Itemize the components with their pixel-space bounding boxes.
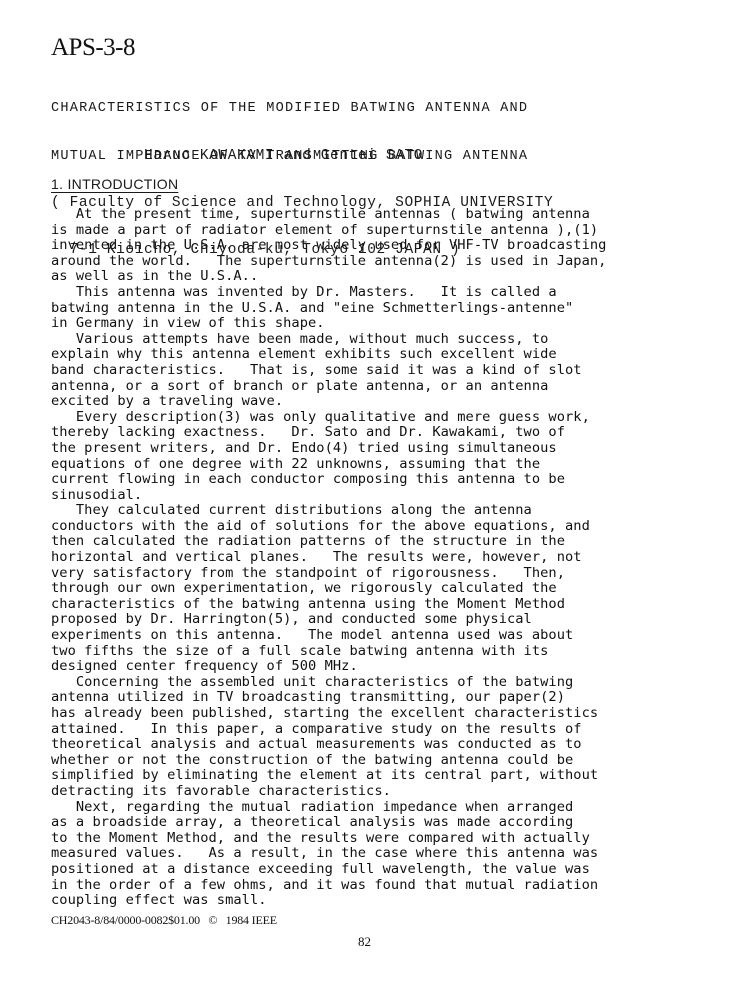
body-line: through our own experimentation, we rigo… bbox=[51, 581, 741, 597]
body-line: explain why this antenna element exhibit… bbox=[51, 347, 741, 363]
body-line: around the world. The superturnstile ant… bbox=[51, 254, 741, 270]
body-line: Various attempts have been made, without… bbox=[51, 332, 741, 348]
body-line: Next, regarding the mutual radiation imp… bbox=[51, 800, 741, 816]
paper-page: APS-3-8 CHARACTERISTICS OF THE MODIFIED … bbox=[0, 0, 755, 1000]
title-line: CHARACTERISTICS OF THE MODIFIED BATWING … bbox=[51, 101, 528, 117]
body-line: invented in the U.S.A. are most widely u… bbox=[51, 238, 741, 254]
body-line: whether or not the construction of the b… bbox=[51, 753, 741, 769]
body-line: theoretical analysis and actual measurem… bbox=[51, 737, 741, 753]
body-line: in Germany in view of this shape. bbox=[51, 316, 741, 332]
body-line: detracting its favorable characteristics… bbox=[51, 784, 741, 800]
body-line: proposed by Dr. Harrington(5), and condu… bbox=[51, 612, 741, 628]
body-line: horizontal and vertical planes. The resu… bbox=[51, 550, 741, 566]
paper-id: APS-3-8 bbox=[51, 34, 135, 62]
body-line: then calculated the radiation patterns o… bbox=[51, 534, 741, 550]
body-line: Concerning the assembled unit characteri… bbox=[51, 675, 741, 691]
body-line: to the Moment Method, and the results we… bbox=[51, 831, 741, 847]
body-line: equations of one degree with 22 unknowns… bbox=[51, 457, 741, 473]
body-line: antenna, or a sort of branch or plate an… bbox=[51, 379, 741, 395]
body-line: coupling effect was small. bbox=[51, 893, 741, 909]
body-line: designed center frequency of 500 MHz. bbox=[51, 659, 741, 675]
body-line: band characteristics. That is, some said… bbox=[51, 363, 741, 379]
introduction-body: At the present time, superturnstile ante… bbox=[51, 207, 741, 909]
copyright-footer: CH2043-8/84/0000-0082$01.00 © 1984 IEEE bbox=[51, 913, 277, 928]
page-number: 82 bbox=[358, 934, 371, 950]
section-heading: 1. INTRODUCTION bbox=[51, 176, 178, 192]
body-line: antenna utilized in TV broadcasting tran… bbox=[51, 690, 741, 706]
body-line: thereby lacking exactness. Dr. Sato and … bbox=[51, 425, 741, 441]
body-line: the present writers, and Dr. Endo(4) tri… bbox=[51, 441, 741, 457]
body-line: This antenna was invented by Dr. Masters… bbox=[51, 285, 741, 301]
body-line: characteristics of the batwing antenna u… bbox=[51, 597, 741, 613]
body-line: batwing antenna in the U.S.A. and "eine … bbox=[51, 301, 741, 317]
body-line: very satisfactory from the standpoint of… bbox=[51, 566, 741, 582]
body-line: positioned at a distance exceeding full … bbox=[51, 862, 741, 878]
body-line: as a broadside array, a theoretical anal… bbox=[51, 815, 741, 831]
author-names: Haruo KAWAKAMI and Gentei SATO bbox=[51, 149, 553, 165]
body-line: sinusodial. bbox=[51, 488, 741, 504]
body-line: as well as in the U.S.A.. bbox=[51, 269, 741, 285]
body-line: has already been published, starting the… bbox=[51, 706, 741, 722]
body-line: simplified by eliminating the element at… bbox=[51, 768, 741, 784]
body-line: is made a part of radiator element of su… bbox=[51, 223, 741, 239]
body-line: At the present time, superturnstile ante… bbox=[51, 207, 741, 223]
body-line: They calculated current distributions al… bbox=[51, 503, 741, 519]
body-line: measured values. As a result, in the cas… bbox=[51, 846, 741, 862]
body-line: two fifths the size of a full scale batw… bbox=[51, 644, 741, 660]
body-line: experiments on this antenna. The model a… bbox=[51, 628, 741, 644]
body-line: in the order of a few ohms, and it was f… bbox=[51, 878, 741, 894]
body-line: Every description(3) was only qualitativ… bbox=[51, 410, 741, 426]
body-line: conductors with the aid of solutions for… bbox=[51, 519, 741, 535]
body-line: current flowing in each conductor compos… bbox=[51, 472, 741, 488]
body-line: excited by a traveling wave. bbox=[51, 394, 741, 410]
body-line: attained. In this paper, a comparative s… bbox=[51, 722, 741, 738]
